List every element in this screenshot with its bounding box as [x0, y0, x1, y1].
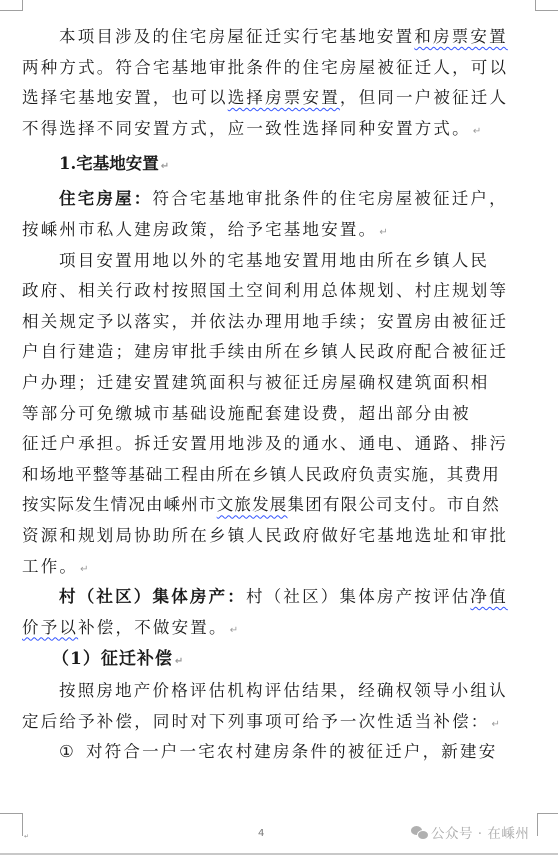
paragraph-mark-icon: ↵: [379, 227, 387, 238]
text-run: 补偿，不做安置。: [78, 618, 228, 637]
text-line: 项目安置用地以外的宅基地安置用地由所在乡镇人民: [22, 246, 538, 277]
text-run: 本项目涉及的住宅房屋征迁实行宅基地安置: [59, 27, 414, 46]
spellcheck-flagged-text[interactable]: 和房票安置: [414, 27, 508, 46]
text-run: 按嵊州市私人建房政策，给予宅基地安置。: [22, 220, 377, 239]
spellcheck-flagged-text[interactable]: 文旅发展: [217, 495, 288, 514]
text-line: 等部分可免缴城市基础设施配套建设费，超出部分由被: [22, 399, 538, 430]
text-run: 选择宅基地安置，也可以: [22, 88, 228, 107]
subsection-heading: （1）征迁补偿↵: [22, 643, 538, 676]
text-line: 价予以补偿，不做安置。↵: [22, 613, 538, 644]
paragraph-mark-icon: ↵: [175, 656, 183, 667]
text-line: ①对符合一户一宅农村建房条件的被征迁户，新建安: [22, 737, 538, 768]
spellcheck-flagged-text[interactable]: 净值: [470, 587, 507, 606]
text-run: 集团有限公司支付。市自然: [288, 495, 500, 514]
text-line: 资源和规划局协助所在乡镇人民政府做好宅基地选址和审批: [22, 521, 538, 552]
text-line: 户办理；迁建安置建筑面积与被征迁房屋确权建筑面积相: [22, 368, 538, 399]
margin-corner-bottom-right: [537, 813, 558, 836]
text-run: 村（社区）集体房产按评估: [246, 587, 470, 606]
watermark-text: 公众号 · 在嵊州: [431, 822, 529, 842]
page-number: 4: [258, 828, 264, 839]
text-line: 工作。↵: [22, 552, 538, 583]
text-line: 户自行建造；建房审批手续由所在乡镇人民政府配合被征迁: [22, 337, 538, 368]
text-line: 选择宅基地安置，也可以选择房票安置，但同一户被征迁人: [22, 83, 538, 114]
text-line: 不得选择不同安置方式，应一致性选择同种安置方式。↵: [22, 114, 538, 145]
watermark: 公众号 · 在嵊州: [411, 822, 529, 842]
text-line: 政府、相关行政村按照国土空间利用总体规划、村庄规划等: [22, 276, 538, 307]
text-run: 对符合一户一宅农村建房条件的被征迁户，新建安: [86, 742, 497, 761]
text-line: 按照房地产价格评估机构评估结果，经确权领导小组认: [22, 676, 538, 707]
text-run: 符合宅基地审批条件的住宅房屋被征迁户，: [153, 189, 508, 208]
text-line: 定后给予补偿，同时对下列事项可给予一次性适当补偿：↵: [22, 707, 538, 738]
paragraph-mark-icon: ↵: [492, 719, 500, 730]
list-marker: ①: [59, 742, 76, 761]
margin-corner-top-right: [535, 0, 558, 11]
text-line: 本项目涉及的住宅房屋征迁实行宅基地安置和房票安置: [22, 22, 538, 53]
paragraph-mark-icon: ↵: [473, 126, 481, 137]
text-line: 相关规定予以落实，并依法办理用地手续；安置房由被征迁: [22, 307, 538, 338]
margin-corner-top-left: [0, 0, 23, 11]
paragraph-mark-icon: ↵: [24, 833, 29, 840]
bold-label: 住宅房屋：: [59, 189, 153, 208]
text-line: 两种方式。符合宅基地审批条件的住宅房屋被征迁人，可以: [22, 53, 538, 84]
heading-text: （1）征迁补偿: [52, 649, 173, 669]
text-line: 住宅房屋：符合宅基地审批条件的住宅房屋被征迁户，: [22, 184, 538, 215]
text-line: 征迁户承担。拆迁安置用地涉及的通水、通电、通路、排污: [22, 429, 538, 460]
spellcheck-flagged-text[interactable]: 价予以: [22, 618, 78, 637]
page-bottom-edge: [0, 853, 558, 855]
heading-text: 1.宅基地安置: [59, 154, 159, 173]
text-line: 按嵊州市私人建房政策，给予宅基地安置。↵: [22, 215, 538, 246]
bold-label: 村（社区）集体房产：: [59, 587, 246, 606]
section-heading: 1.宅基地安置↵: [22, 144, 538, 184]
document-page: 本项目涉及的住宅房屋征迁实行宅基地安置和房票安置 两种方式。符合宅基地审批条件的…: [0, 0, 558, 856]
spellcheck-flagged-text[interactable]: 选择房票安置: [228, 88, 340, 107]
paragraph-mark-icon: ↵: [161, 161, 169, 172]
paragraph-mark-icon: ↵: [230, 625, 238, 636]
text-run: 按实际发生情况由嵊州市: [22, 495, 217, 514]
text-run: 不得选择不同安置方式，应一致性选择同种安置方式。: [22, 119, 471, 138]
text-line: 村（社区）集体房产：村（社区）集体房产按评估净值: [22, 582, 538, 613]
text-run: 工作。: [22, 557, 78, 576]
text-line: 和场地平整等基础工程由所在乡镇人民政府负责实施，其费用: [22, 460, 538, 491]
wechat-icon: [411, 826, 427, 839]
margin-corner-bottom-left: [0, 813, 23, 836]
text-run: ，但同一户被征迁人: [340, 88, 508, 107]
text-run: 定后给予补偿，同时对下列事项可给予一次性适当补偿：: [22, 712, 490, 731]
paragraph-mark-icon: ↵: [80, 564, 88, 575]
text-line: 按实际发生情况由嵊州市文旅发展集团有限公司支付。市自然: [22, 490, 538, 521]
document-body[interactable]: 本项目涉及的住宅房屋征迁实行宅基地安置和房票安置 两种方式。符合宅基地审批条件的…: [22, 22, 538, 768]
